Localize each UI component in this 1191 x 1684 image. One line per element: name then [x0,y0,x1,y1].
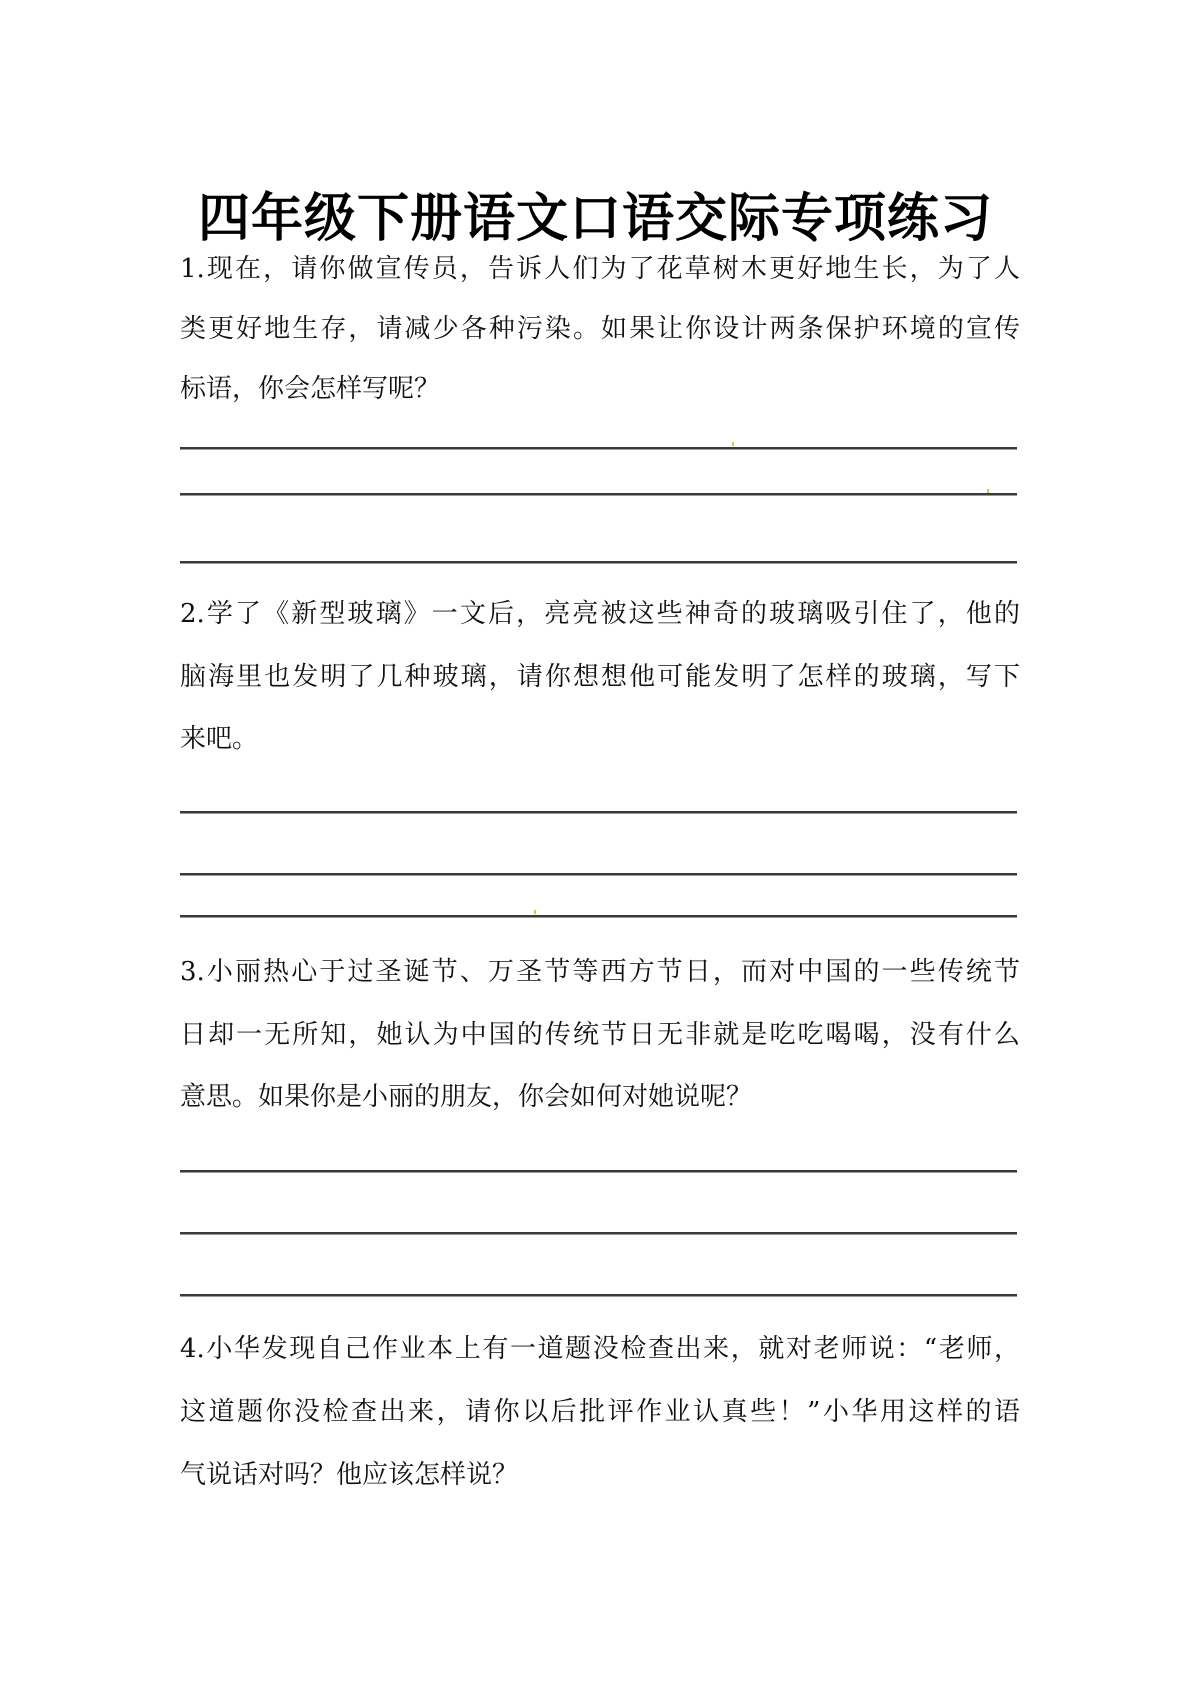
scan-speck [987,489,989,493]
question-1-answer-line-3[interactable] [180,561,1017,564]
question-3-line-1: 3.小丽热心于过圣诞节、万圣节等西方节日，而对中国的一些传统节 [180,955,1020,989]
page-title: 四年级下册语文口语交际专项练习 [0,187,1191,251]
question-2-line-3: 来吧。 [180,722,1020,756]
question-3-answer-line-2[interactable] [180,1232,1017,1235]
question-3-line-3: 意思。如果你是小丽的朋友，你会如何对她说呢？ [180,1080,1020,1114]
question-2-line-2: 脑海里也发明了几种玻璃，请你想想他可能发明了怎样的玻璃，写下 [180,660,1020,694]
question-1-answer-line-2[interactable] [180,493,1017,496]
question-1-answer-line-1[interactable] [180,447,1017,450]
scan-speck [732,442,734,446]
question-2-line-1: 2.学了《新型玻璃》一文后，亮亮被这些神奇的玻璃吸引住了，他的 [180,597,1020,631]
question-1-line-2: 类更好地生存，请减少各种污染。如果让你设计两条保护环境的宣传 [180,312,1020,346]
question-4-line-2: 这道题你没检查出来，请你以后批评作业认真些！”小华用这样的语 [180,1395,1020,1429]
scan-speck [534,910,536,914]
question-1-line-3: 标语，你会怎样写呢？ [180,372,1020,406]
question-3-answer-line-1[interactable] [180,1170,1017,1173]
question-2-answer-line-2[interactable] [180,873,1017,876]
question-2-answer-line-3[interactable] [180,915,1017,918]
question-1-line-1: 1.现在，请你做宣传员，告诉人们为了花草树木更好地生长，为了人 [180,252,1020,286]
question-3-line-2: 日却一无所知，她认为中国的传统节日无非就是吃吃喝喝，没有什么 [180,1018,1020,1052]
question-4-line-1: 4.小华发现自己作业本上有一道题没检查出来，就对老师说：“老师， [180,1332,1020,1366]
question-2-answer-line-1[interactable] [180,811,1017,814]
question-3-answer-line-3[interactable] [180,1294,1017,1297]
question-4-line-3: 气说话对吗？他应该怎样说？ [180,1458,1020,1492]
